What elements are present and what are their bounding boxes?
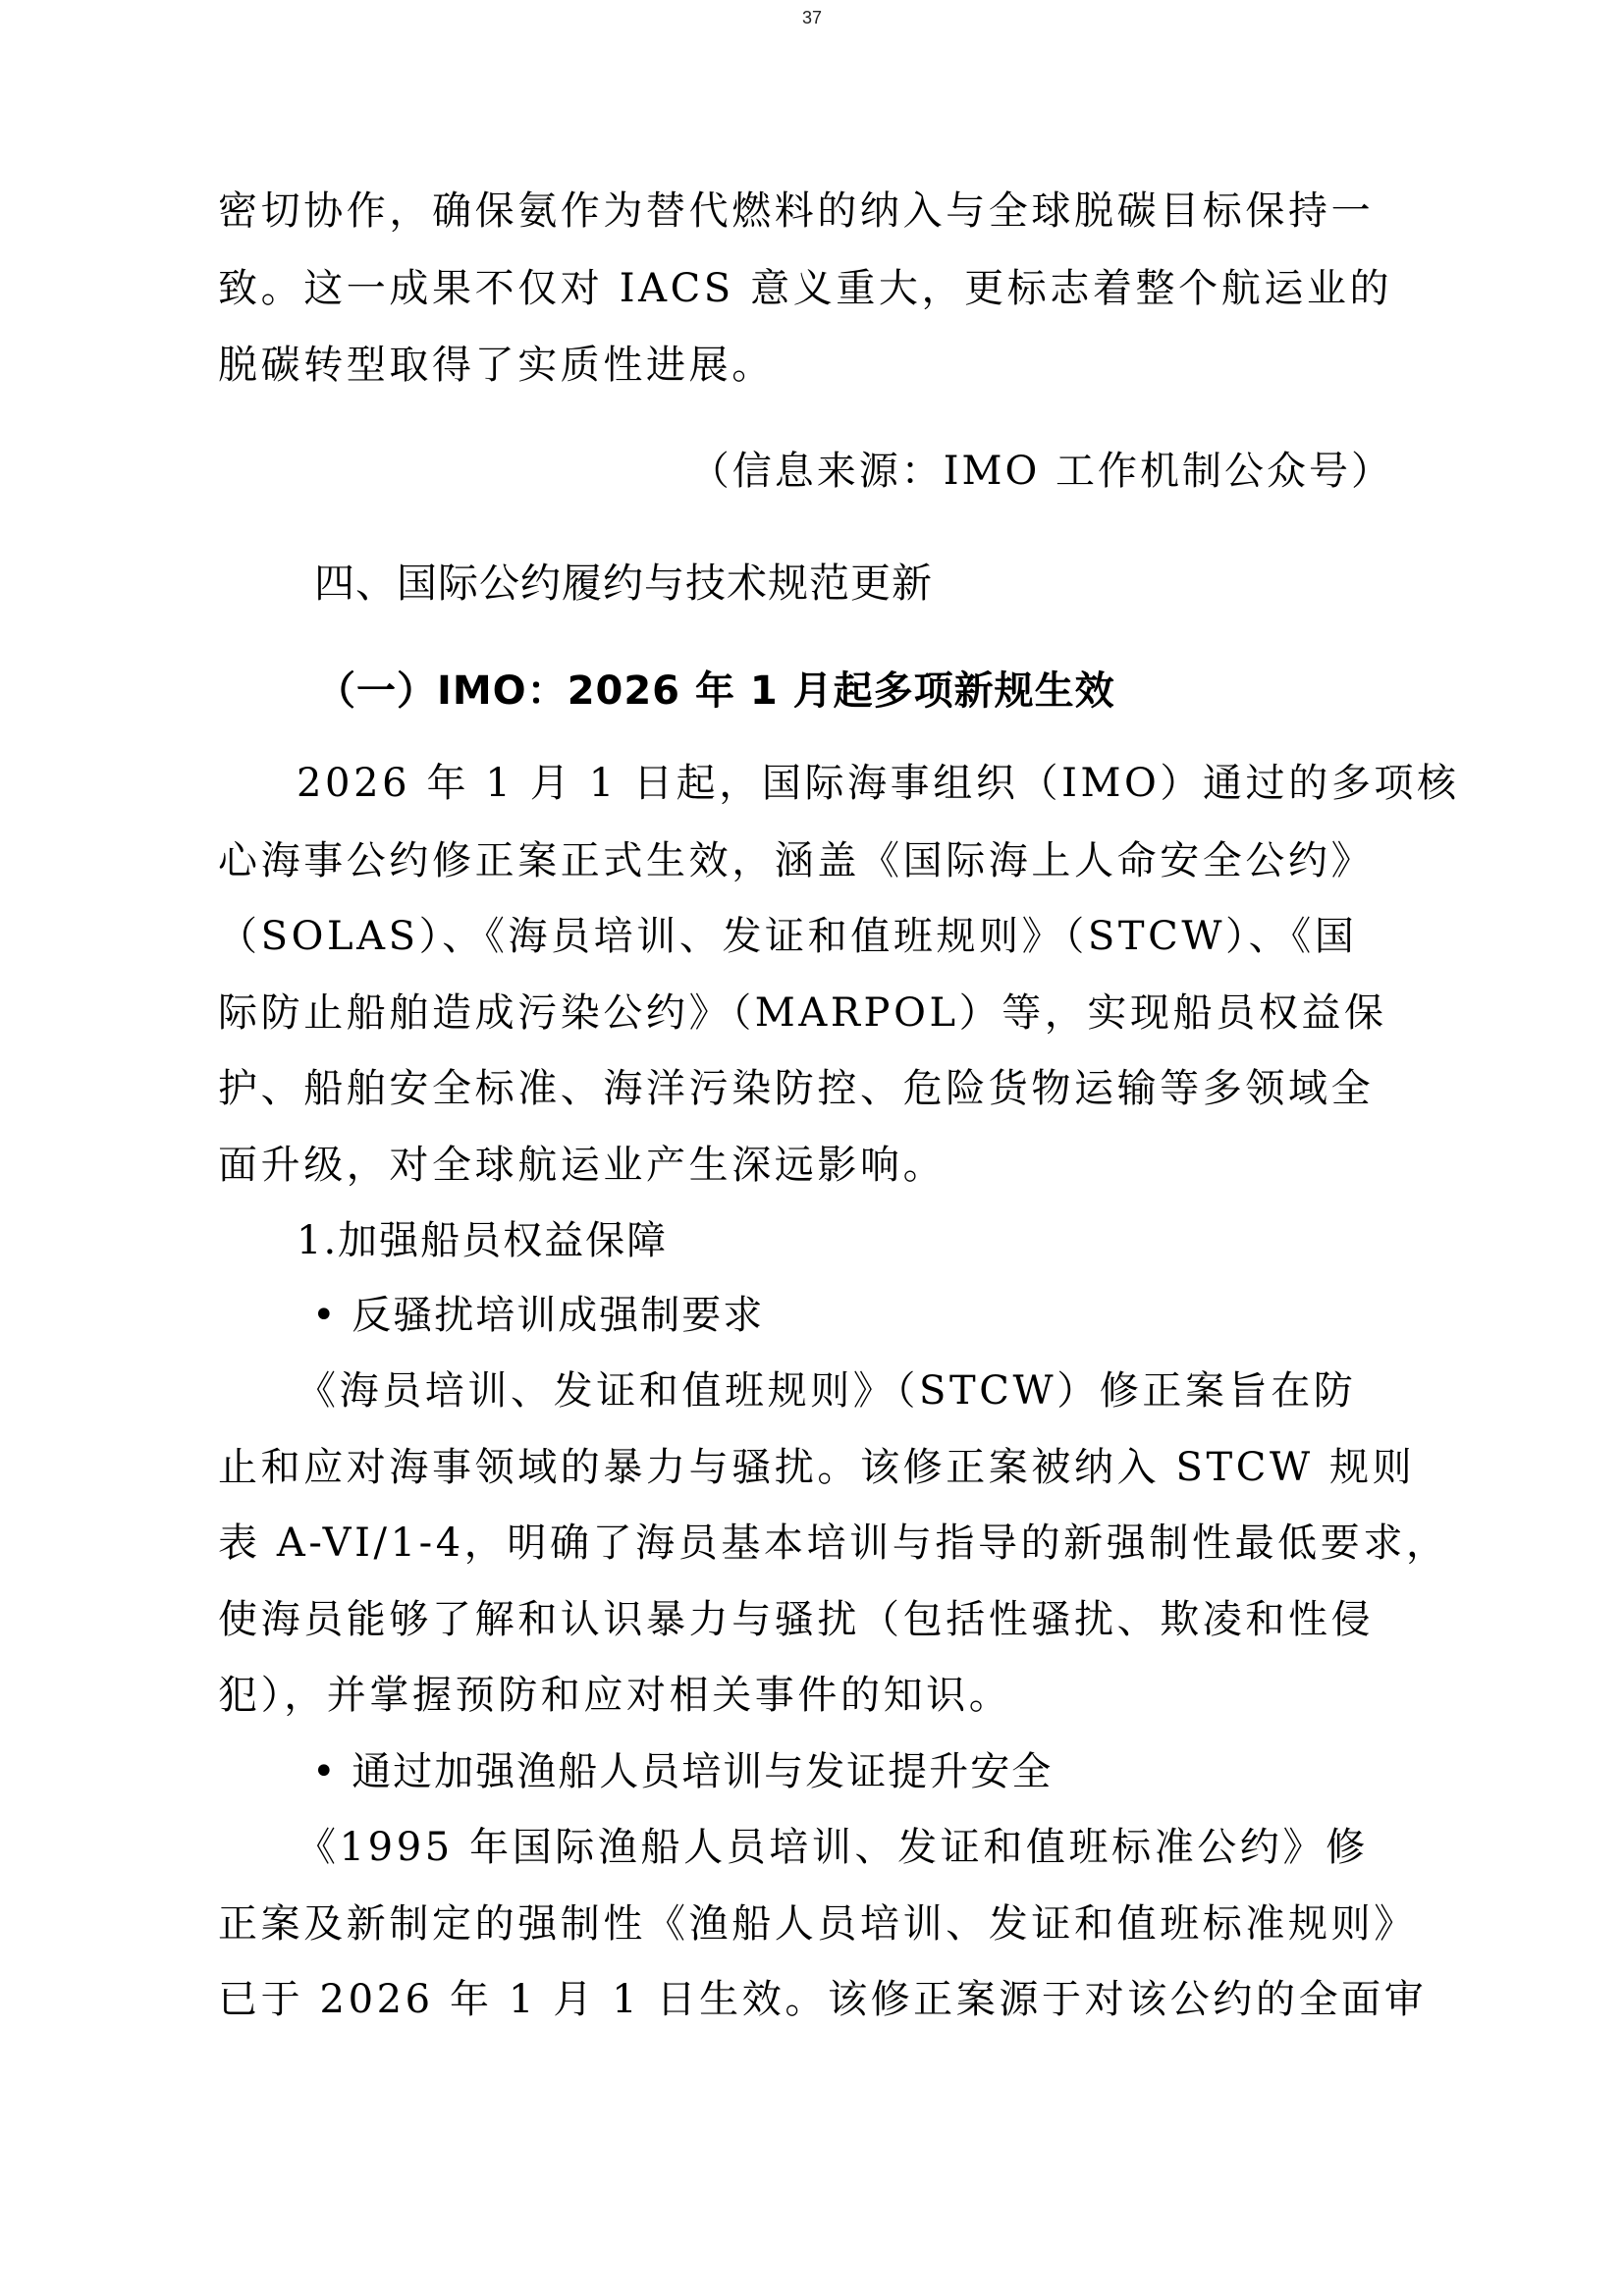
- text-line: 止和应对海事领域的暴力与骚扰。该修正案被纳入 STCW 规则: [218, 1442, 1396, 1493]
- text-line: 表 A-VI/1-4，明确了海员基本培训与指导的新强制性最低要求，: [218, 1518, 1396, 1569]
- source-note: （信息来源：IMO 工作机制公众号）: [690, 446, 1393, 497]
- text-line: 2026 年 1 月 1 日起，国际海事组织（IMO）通过的多项核: [297, 758, 1475, 809]
- bullet-title: • 反骚扰培训成强制要求: [312, 1290, 764, 1341]
- text-line: 犯），并掌握预防和应对相关事件的知识。: [218, 1670, 1396, 1721]
- text-line: 正案及新制定的强制性《渔船人员培训、发证和值班标准规则》: [218, 1898, 1396, 1949]
- text-line: 密切协作，确保氨作为替代燃料的纳入与全球脱碳目标保持一: [218, 186, 1396, 237]
- text-line: 致。这一成果不仅对 IACS 意义重大，更标志着整个航运业的: [218, 263, 1396, 314]
- text-line: 《海员培训、发证和值班规则》（STCW）修正案旨在防: [297, 1365, 1475, 1416]
- text-line: 《1995 年国际渔船人员培训、发证和值班标准公约》修: [297, 1822, 1475, 1873]
- text-line: 脱碳转型取得了实质性进展。: [218, 340, 1396, 391]
- text-line: 面升级，对全球航运业产生深远影响。: [218, 1140, 1396, 1191]
- text-line: 已于 2026 年 1 月 1 日生效。该修正案源于对该公约的全面审: [218, 1974, 1396, 2025]
- text-line: 际防止船舶造成污染公约》（MARPOL）等，实现船员权益保: [218, 988, 1396, 1039]
- text-line: 使海员能够了解和认识暴力与骚扰（包括性骚扰、欺凌和性侵: [218, 1594, 1396, 1645]
- text-line: 心海事公约修正案正式生效，涵盖《国际海上人命安全公约》: [218, 835, 1396, 886]
- section-heading: 四、国际公约履约与技术规范更新: [314, 558, 933, 609]
- page-number: 37: [0, 8, 1624, 28]
- bullet-title: • 通过加强渔船人员培训与发证提升安全: [312, 1746, 1053, 1797]
- text-line: 护、船舶安全标准、海洋污染防控、危险货物运输等多领域全: [218, 1063, 1396, 1114]
- item-heading: 1.加强船员权益保障: [297, 1215, 668, 1266]
- text-line: （SOLAS）、《海员培训、发证和值班规则》（STCW）、《国: [218, 911, 1396, 962]
- subsection-heading: （一）IMO：2026 年 1 月起多项新规生效: [316, 666, 1115, 717]
